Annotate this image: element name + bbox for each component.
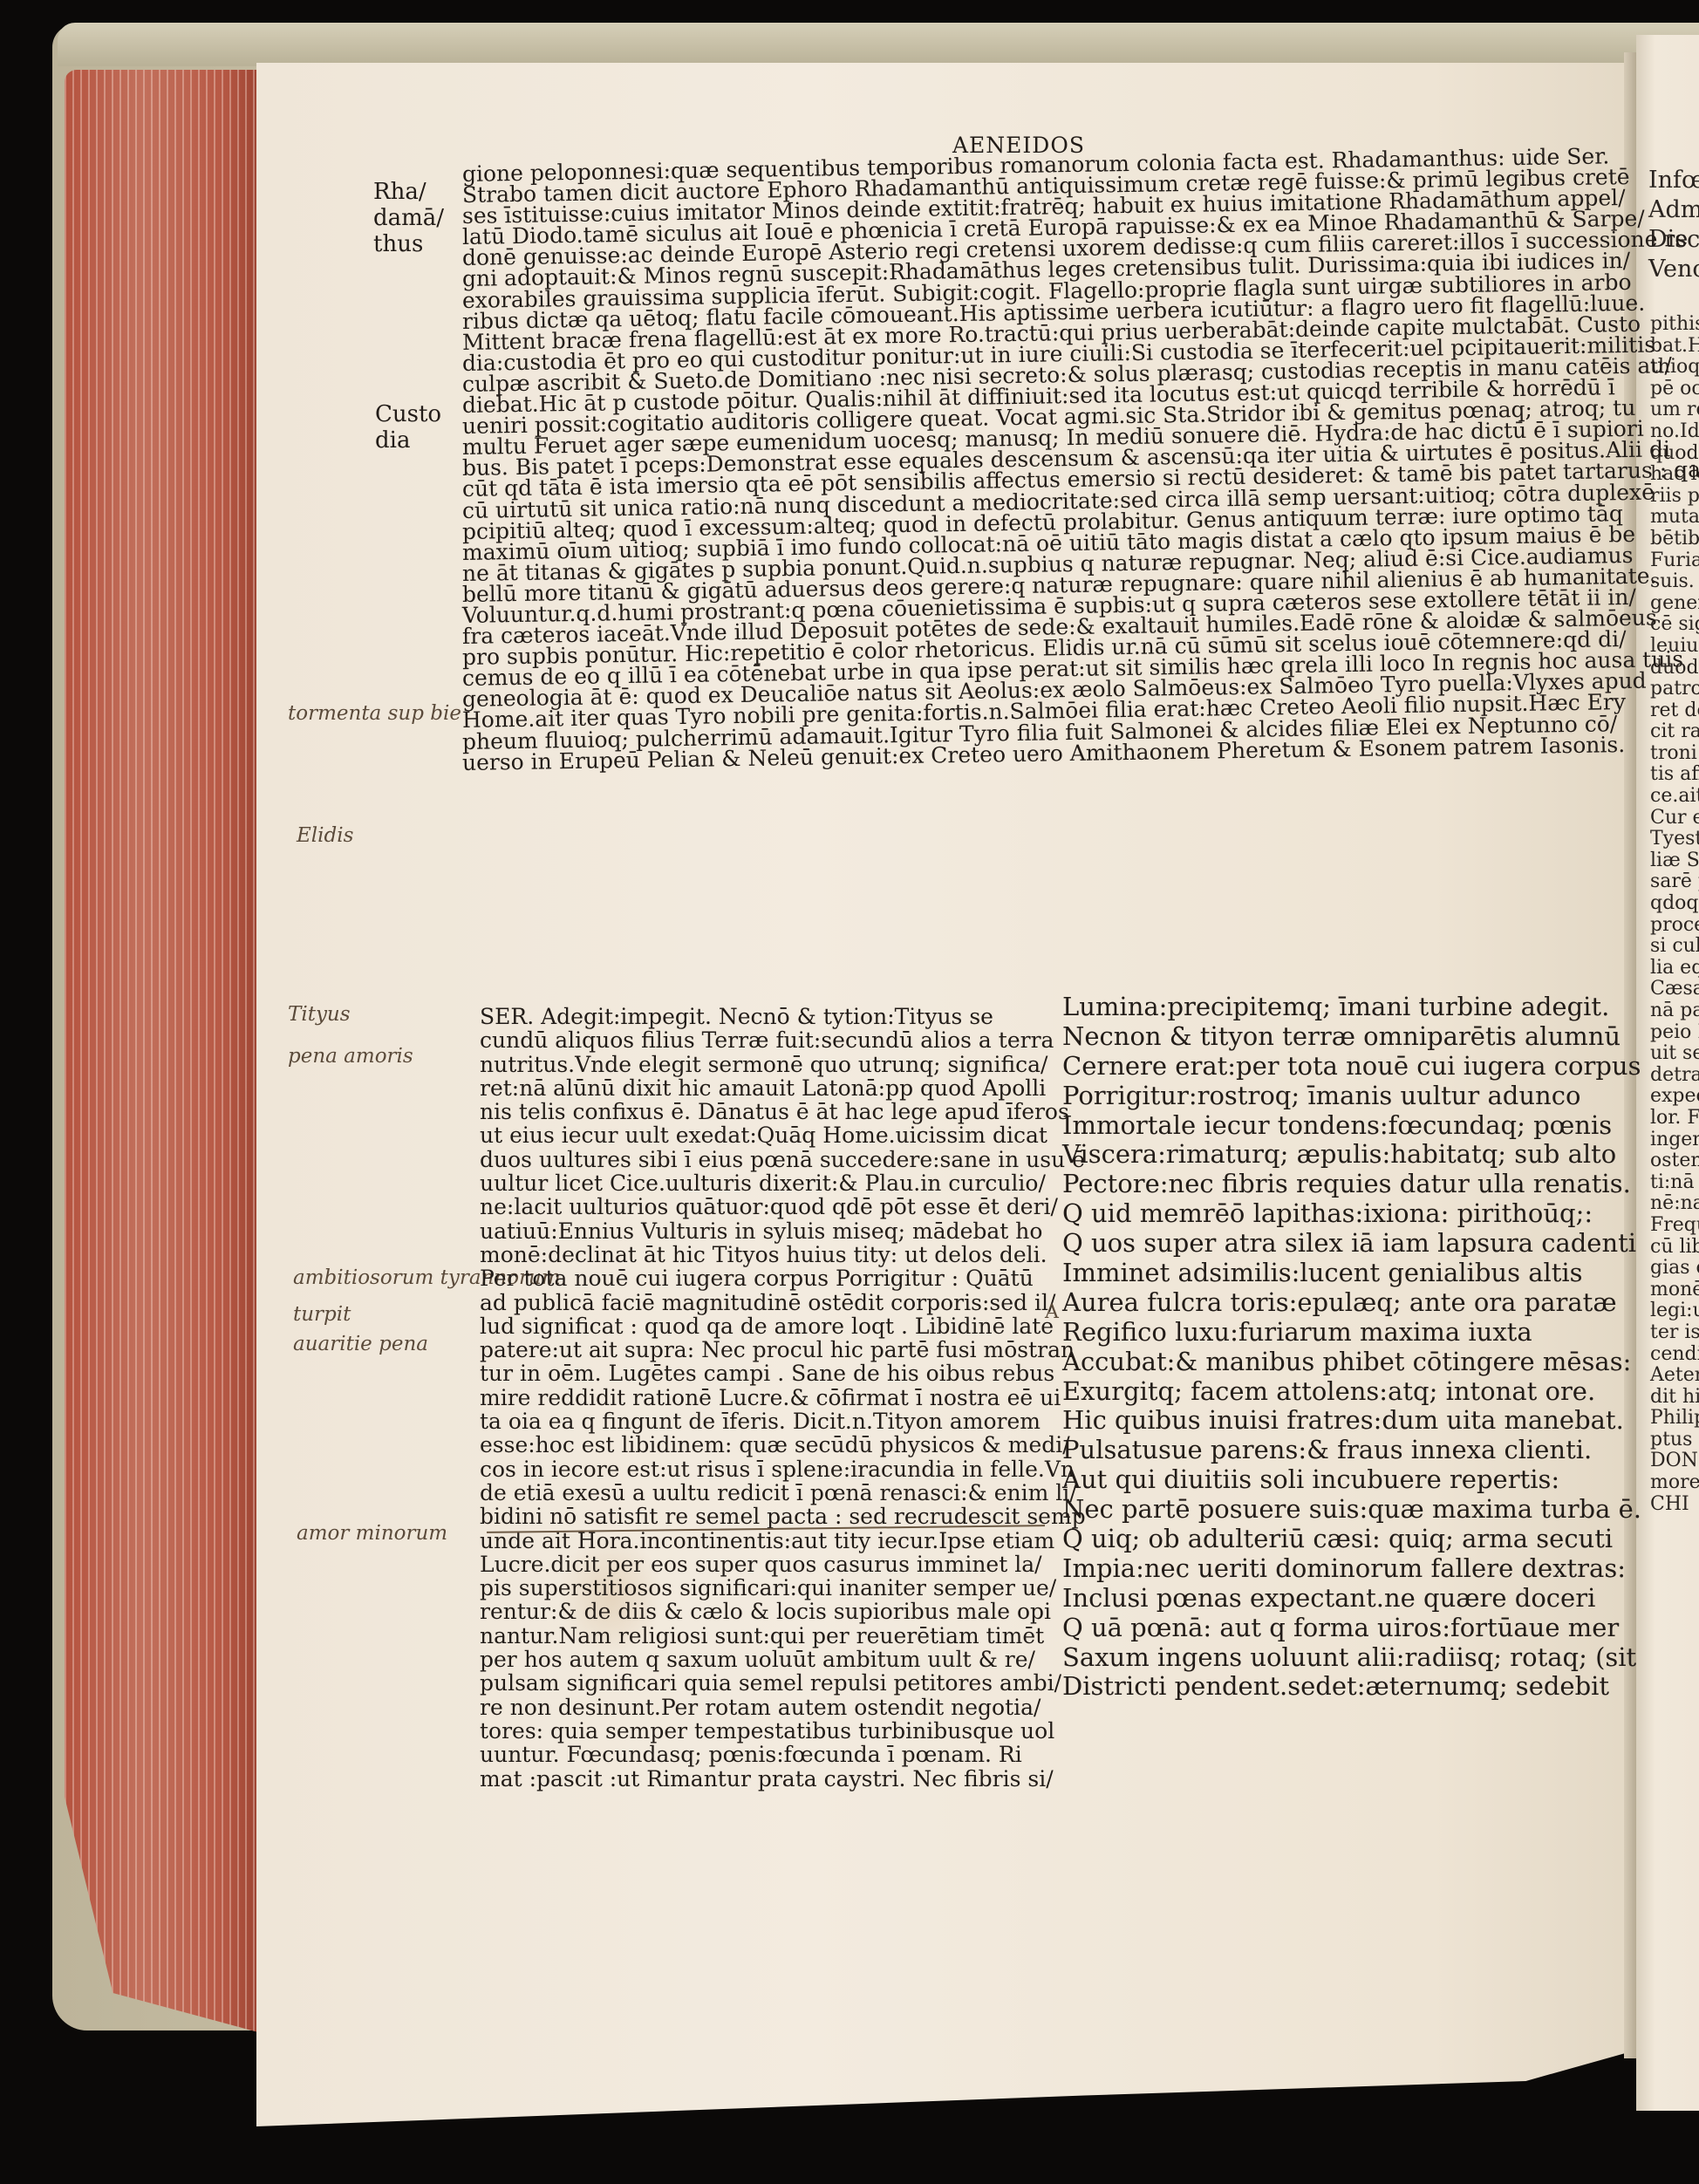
- verse-line: Q uos super atra silex iā iam lapsura ca…: [1062, 1229, 1621, 1259]
- verse-line: Exurgitq; facem attolens:atq; intonat or…: [1062, 1377, 1621, 1407]
- handwritten-note: turpit: [293, 1303, 351, 1326]
- facing-text-line: Cur eg: [1636, 808, 1699, 829]
- facing-text-line: liæ Syl: [1636, 850, 1699, 872]
- verse-line: Aut qui diuitiis soli incubuere repertis…: [1062, 1465, 1621, 1495]
- facing-text-line: tis affi: [1636, 764, 1699, 786]
- commentary-line: ta oia ea q fingunt de īferis. Dicit.n.T…: [480, 1409, 1047, 1433]
- facing-text-line: lia equ: [1636, 958, 1699, 979]
- facing-text-line: moren: [1636, 1472, 1699, 1494]
- facing-text-line: pē occ: [1636, 379, 1699, 400]
- verse-line: Regifico luxu:furiarum maxima iuxta: [1062, 1318, 1621, 1348]
- commentary-line: uatiuū:Ennius Vulturis in syluis miseq; …: [480, 1219, 1047, 1243]
- commentary-line: uuntur. Fœcundasq; pœnis:fœcunda ī pœnam…: [480, 1743, 1047, 1766]
- margin-note-line: Custo: [375, 401, 441, 427]
- verse-line: Pulsatusue parens:& fraus innexa clienti…: [1062, 1436, 1621, 1465]
- facing-text-line: mutat: [1636, 507, 1699, 529]
- commentary-line: mire reddidit rationē Lucre.& cōfirmat ī…: [480, 1386, 1047, 1409]
- commentary-line: pis superstitiosos significari:qui inani…: [480, 1576, 1047, 1600]
- handwritten-note: amor minorum: [297, 1522, 447, 1545]
- margin-note-line: thus: [373, 231, 444, 257]
- facing-text-line: Freque: [1636, 1215, 1699, 1237]
- commentary-line: rentur:& de diis & cælo & locis supiorib…: [480, 1600, 1047, 1623]
- commentary-line: ad publicā faciē magnitudinē ostēdit cor…: [480, 1291, 1047, 1314]
- facing-text-line: peio Pa: [1636, 1022, 1699, 1044]
- margin-note-custodia: Custo dia: [375, 401, 441, 454]
- facing-text-line: DON: [1636, 1450, 1699, 1472]
- facing-text-line: detraxe: [1636, 1065, 1699, 1087]
- handwritten-note: Elidis: [297, 824, 353, 847]
- verse-line: Q uid memrēō lapithas:ixiona: pirithoūq;…: [1062, 1199, 1621, 1229]
- commentary-line: mat :pascit :ut Rimantur prata caystri. …: [480, 1767, 1047, 1791]
- facing-text-line: monēt: [1636, 1280, 1699, 1301]
- commentary-full-width: gione peloponnesi:quæ sequentibus tempor…: [462, 164, 1614, 774]
- facing-text-line: cū liber: [1636, 1237, 1699, 1259]
- verse-line: Hic quibus inuisi fratres:dum uita maneb…: [1062, 1406, 1621, 1436]
- facing-text-line: um re: [1636, 399, 1699, 421]
- facing-text-line: expecta: [1636, 1086, 1699, 1108]
- commentary-line: nis telis confixus ē. Dānatus ē āt hac l…: [480, 1100, 1047, 1123]
- commentary-column: SER. Adegit:impegit. Necnō & tytion:Tity…: [480, 1005, 1047, 1791]
- verse-column: Lumina:precipitemq; īmani turbine adegit…: [1062, 993, 1621, 1702]
- handwritten-note: Tityus: [288, 1003, 351, 1026]
- verse-line: Districti pendent.sedet:æternumq; sedebi…: [1062, 1672, 1621, 1702]
- verse-line: Impia:nec ueriti dominorum fallere dextr…: [1062, 1554, 1621, 1584]
- commentary-line: pulsam significari quia semel repulsi pe…: [480, 1671, 1047, 1695]
- commentary-line: Lucre.dicit per eos super quos casurus i…: [480, 1553, 1047, 1576]
- facing-text-line: nā patr: [1636, 1000, 1699, 1022]
- verse-line: Nec partē posuere suis:quæ maxima turba …: [1062, 1495, 1621, 1525]
- facing-text-line: lor. Fo: [1636, 1108, 1699, 1130]
- commentary-line: lud significat : quod qa de amore loqt .…: [480, 1314, 1047, 1338]
- commentary-line: monē:declinat āt hic Tityos huius tity: …: [480, 1243, 1047, 1266]
- margin-note-rhadamanthus: Rha/ damā/ thus: [373, 179, 444, 257]
- facing-text-line: ostend: [1636, 1150, 1699, 1172]
- facing-text-line: CHI: [1636, 1494, 1699, 1516]
- commentary-line: cundū aliquos filius Terræ fuit:secundū …: [480, 1028, 1047, 1052]
- facing-text-line: Cæsarē: [1636, 979, 1699, 1000]
- commentary-line: patere:ut ait supra: Nec procul hic part…: [480, 1338, 1047, 1362]
- facing-text-line: qdoq;: [1636, 893, 1699, 915]
- handwritten-note: auaritie pena: [293, 1333, 428, 1355]
- facing-text-line: sarē pa: [1636, 871, 1699, 893]
- red-stained-fore-edge: [65, 70, 258, 2032]
- commentary-line: nutritus.Vnde elegit sermonē quo utrunq;…: [480, 1053, 1047, 1076]
- verse-line: Q uā pœnā: aut q forma uiros:fortūaue me…: [1062, 1614, 1621, 1643]
- handwritten-note: pena amoris: [288, 1045, 413, 1068]
- facing-text-line: ptus s: [1636, 1430, 1699, 1451]
- facing-text-line: cit raga: [1636, 721, 1699, 743]
- verse-line: Immortale iecur tondens:fœcundaq; pœnis: [1062, 1111, 1621, 1141]
- commentary-line: uultur licet Cice.uulturis dixerit:& Pla…: [480, 1171, 1047, 1195]
- facing-text-line: proced: [1636, 915, 1699, 937]
- commentary-line: ne:lacit uulturios quātuor:quod qdē pōt …: [480, 1195, 1047, 1218]
- verse-line: Q uiq; ob adulteriū cæsi: quiq; arma sec…: [1062, 1525, 1621, 1554]
- margin-note-line: dia: [375, 427, 441, 454]
- facing-text-line: legi:un: [1636, 1300, 1699, 1322]
- facing-text-line: troni f: [1636, 743, 1699, 765]
- facing-header-line: Adm: [1636, 195, 1699, 225]
- facing-text-line: ingens:: [1636, 1130, 1699, 1151]
- facing-text-line: ce.ait ī: [1636, 786, 1699, 808]
- verse-line: Pectore:nec fibris requies datur ulla re…: [1062, 1170, 1621, 1199]
- facing-text-line: bētibu: [1636, 529, 1699, 550]
- verse-line: Saxum ingens uoluunt alii:radiisq; rotaq…: [1062, 1643, 1621, 1673]
- marginal-letter: A: [1045, 1301, 1059, 1323]
- commentary-line: Per tota nouē cui iugera corpus Porrigit…: [480, 1266, 1047, 1290]
- verse-line: Necnon & tityon terræ omniparētis alumnū: [1062, 1022, 1621, 1052]
- verse-line: Imminet adsimilis:lucent genialibus alti…: [1062, 1259, 1621, 1288]
- facing-text-line: Aetern: [1636, 1365, 1699, 1387]
- verse-line: Lumina:precipitemq; īmani turbine adegit…: [1062, 993, 1621, 1022]
- facing-header-line: Infœ: [1636, 166, 1699, 195]
- facing-text-line: Tyesta: [1636, 829, 1699, 850]
- facing-text-line: dit hic: [1636, 1387, 1699, 1409]
- facing-text-line: cendit: [1636, 1344, 1699, 1366]
- verse-line: Viscera:rimaturq; æpulis:habitatq; sub a…: [1062, 1140, 1621, 1170]
- commentary-line: re non desinunt.Per rotam autem ostendit…: [480, 1696, 1047, 1719]
- verse-line: Porrigitur:rostroq; īmanis uultur adunco: [1062, 1082, 1621, 1111]
- facing-text-line: ti:nā de: [1636, 1172, 1699, 1194]
- margin-note-line: Rha/: [373, 179, 444, 205]
- commentary-line: ut eius iecur uult exedat:Quāq Home.uici…: [480, 1123, 1047, 1147]
- commentary-line: nantur.Nam religiosi sunt:qui per reuerē…: [480, 1624, 1047, 1648]
- facing-text-line: uit sex: [1636, 1043, 1699, 1065]
- commentary-line: cos in iecore est:ut risus ī splene:irac…: [480, 1457, 1047, 1481]
- facing-text-line: gias on: [1636, 1258, 1699, 1280]
- verse-line: Inclusi pœnas expectant.ne quære doceri: [1062, 1584, 1621, 1614]
- facing-text-line: Philip: [1636, 1408, 1699, 1430]
- verse-line: Cernere erat:per tota nouē cui iugera co…: [1062, 1052, 1621, 1082]
- facing-text-line: si culpa: [1636, 936, 1699, 958]
- handwritten-note: tormenta sup bie: [288, 702, 461, 725]
- margin-note-line: damā/: [373, 205, 444, 231]
- facing-header-line: Venc: [1636, 255, 1699, 284]
- facing-text-line: ret de a: [1636, 700, 1699, 722]
- commentary-line: ret:nā alūnū dixit hic amauit Latonā:pp …: [480, 1076, 1047, 1100]
- verse-line: Accubat:& manibus phibet cōtingere mēsas…: [1062, 1348, 1621, 1377]
- commentary-line: SER. Adegit:impegit. Necnō & tytion:Tity…: [480, 1005, 1047, 1028]
- commentary-line: esse:hoc est libidinem: quæ secūdū physi…: [480, 1433, 1047, 1457]
- facing-text-line: ter isio: [1636, 1322, 1699, 1344]
- facing-text-line: nē:nan: [1636, 1193, 1699, 1215]
- verse-line: Aurea fulcra toris:epulæq; ante ora para…: [1062, 1288, 1621, 1318]
- commentary-line: duos uultures sibi ī eius pœnā succedere…: [480, 1148, 1047, 1171]
- book-cover-top-edge: [58, 23, 1699, 66]
- commentary-line: tur in oēm. Lugētes campi . Sane de his …: [480, 1362, 1047, 1385]
- commentary-line: tores: quia semper tempestatibus turbini…: [480, 1719, 1047, 1743]
- commentary-line: per hos autem q saxum uoluūt ambitum uul…: [480, 1648, 1047, 1671]
- commentary-line: de etiā exesū a uultu redicit ī pœnā ren…: [480, 1481, 1047, 1505]
